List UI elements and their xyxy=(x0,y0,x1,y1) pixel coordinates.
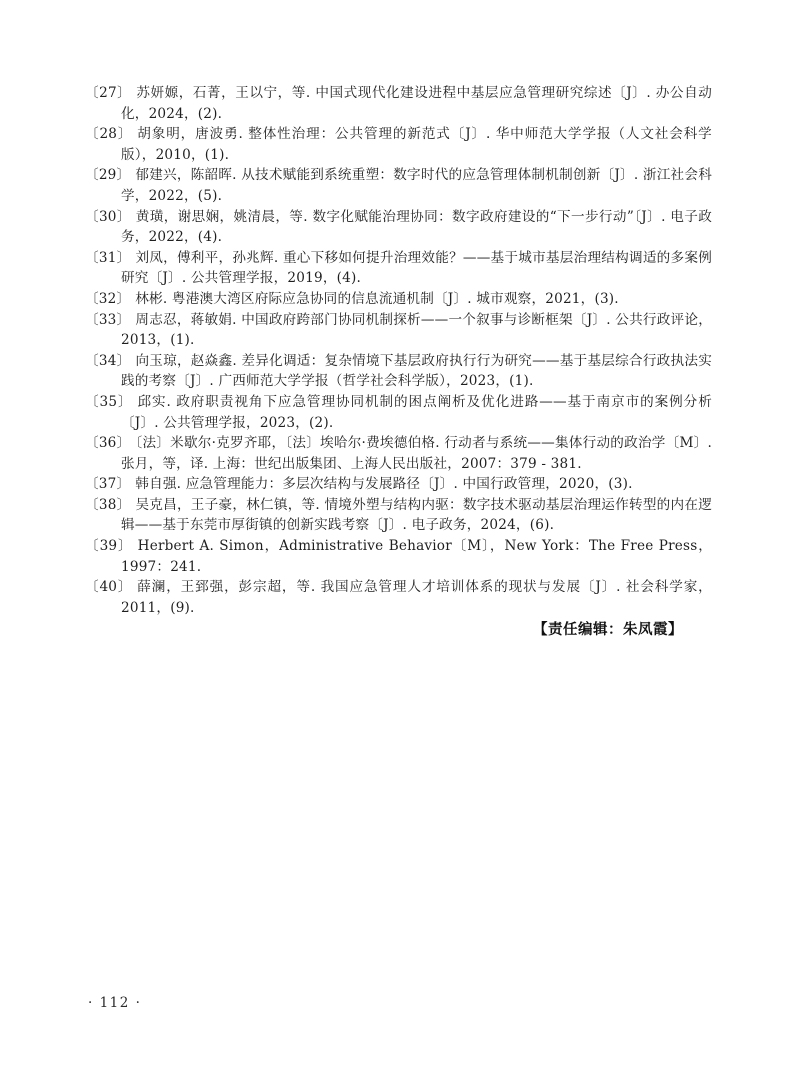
reference-text: 吴克昌，王子豪，林仁镇，等. 情境外塑与结构内驱：数字技术驱动基层治理运作转型的… xyxy=(121,497,712,534)
reference-text: 胡象明，唐波勇. 整体性治理：公共管理的新范式〔J〕. 华中师范大学学报（人文社… xyxy=(121,126,712,163)
reference-entry: 〔30〕黄璜，谢思娴，姚清晨，等. 数字化赋能治理协同：数字政府建设的“下一步行… xyxy=(85,207,712,248)
reference-text: 黄璜，谢思娴，姚清晨，等. 数字化赋能治理协同：数字政府建设的“下一步行动”〔J… xyxy=(121,209,712,246)
reference-entry: 〔34〕向玉琼，赵焱鑫. 差异化调适：复杂情境下基层政府执行行为研究——基于基层… xyxy=(85,351,712,392)
reference-number: 〔29〕 xyxy=(85,167,135,183)
reference-text: 薛澜，王郅强，彭宗超，等. 我国应急管理人才培训体系的现状与发展〔J〕. 社会科… xyxy=(121,579,712,616)
reference-number: 〔36〕 xyxy=(85,435,135,451)
reference-entry: 〔40〕薛澜，王郅强，彭宗超，等. 我国应急管理人才培训体系的现状与发展〔J〕.… xyxy=(85,577,712,618)
reference-text: 邱实. 政府职责视角下应急管理协同机制的困点阐析及优化进路——基于南京市的案例分… xyxy=(121,394,712,431)
reference-number: 〔33〕 xyxy=(85,312,135,328)
reference-entry: 〔28〕胡象明，唐波勇. 整体性治理：公共管理的新范式〔J〕. 华中师范大学学报… xyxy=(85,124,712,165)
reference-number: 〔40〕 xyxy=(85,579,137,595)
references-list: 〔27〕苏妍嫄，石菁，王以宁，等. 中国式现代化建设进程中基层应急管理研究综述〔… xyxy=(85,83,712,618)
reference-text: 林彬. 粤港澳大湾区府际应急协同的信息流通机制〔J〕. 城市观察，2021，(3… xyxy=(135,291,619,307)
reference-text: 周志忍，蒋敏娟. 中国政府跨部门协同机制探析——一个叙事与诊断框架〔J〕. 公共… xyxy=(121,312,712,349)
reference-number: 〔32〕 xyxy=(85,291,135,307)
reference-entry: 〔38〕吴克昌，王子豪，林仁镇，等. 情境外塑与结构内驱：数字技术驱动基层治理运… xyxy=(85,495,712,536)
reference-entry: 〔35〕邱实. 政府职责视角下应急管理协同机制的困点阐析及优化进路——基于南京市… xyxy=(85,392,712,433)
reference-text: 郁建兴，陈韶晖. 从技术赋能到系统重塑：数字时代的应急管理体制机制创新〔J〕. … xyxy=(121,167,712,204)
page-number: · 112 · xyxy=(88,995,141,1011)
reference-text: 苏妍嫄，石菁，王以宁，等. 中国式现代化建设进程中基层应急管理研究综述〔J〕. … xyxy=(121,85,712,122)
reference-entry: 〔32〕林彬. 粤港澳大湾区府际应急协同的信息流通机制〔J〕. 城市观察，202… xyxy=(85,289,712,310)
reference-number: 〔38〕 xyxy=(85,497,135,513)
reference-entry: 〔27〕苏妍嫄，石菁，王以宁，等. 中国式现代化建设进程中基层应急管理研究综述〔… xyxy=(85,83,712,124)
reference-entry: 〔33〕周志忍，蒋敏娟. 中国政府跨部门协同机制探析——一个叙事与诊断框架〔J〕… xyxy=(85,310,712,351)
reference-number: 〔34〕 xyxy=(85,353,135,369)
reference-number: 〔35〕 xyxy=(85,394,137,410)
reference-entry: 〔36〕〔法〕米歇尔·克罗齐耶，〔法〕埃哈尔·费埃德伯格. 行动者与系统——集体… xyxy=(85,433,712,474)
reference-entry: 〔37〕韩自强. 应急管理能力：多层次结构与发展路径〔J〕. 中国行政管理，20… xyxy=(85,474,712,495)
reference-number: 〔37〕 xyxy=(85,476,135,492)
reference-text: 韩自强. 应急管理能力：多层次结构与发展路径〔J〕. 中国行政管理，2020，(… xyxy=(135,476,632,492)
reference-text: 向玉琼，赵焱鑫. 差异化调适：复杂情境下基层政府执行行为研究——基于基层综合行政… xyxy=(121,353,712,390)
reference-text: Herbert A. Simon，Administrative Behavior… xyxy=(121,538,712,575)
reference-entry: 〔31〕刘凤，傅利平，孙兆辉. 重心下移如何提升治理效能？——基于城市基层治理结… xyxy=(85,248,712,289)
reference-number: 〔28〕 xyxy=(85,126,137,142)
reference-number: 〔30〕 xyxy=(85,209,136,225)
reference-number: 〔31〕 xyxy=(85,250,135,266)
editor-note: 【责任编辑：朱凤霞】 xyxy=(533,618,683,639)
reference-number: 〔39〕 xyxy=(85,538,138,554)
document-page: 〔27〕苏妍嫄，石菁，王以宁，等. 中国式现代化建设进程中基层应急管理研究综述〔… xyxy=(0,0,793,1077)
reference-text: 刘凤，傅利平，孙兆辉. 重心下移如何提升治理效能？——基于城市基层治理结构调适的… xyxy=(121,250,712,287)
reference-text: 〔法〕米歇尔·克罗齐耶，〔法〕埃哈尔·费埃德伯格. 行动者与系统——集体行动的政… xyxy=(121,435,712,472)
reference-number: 〔27〕 xyxy=(85,85,136,101)
reference-entry: 〔29〕郁建兴，陈韶晖. 从技术赋能到系统重塑：数字时代的应急管理体制机制创新〔… xyxy=(85,165,712,206)
reference-entry: 〔39〕Herbert A. Simon，Administrative Beha… xyxy=(85,536,712,577)
